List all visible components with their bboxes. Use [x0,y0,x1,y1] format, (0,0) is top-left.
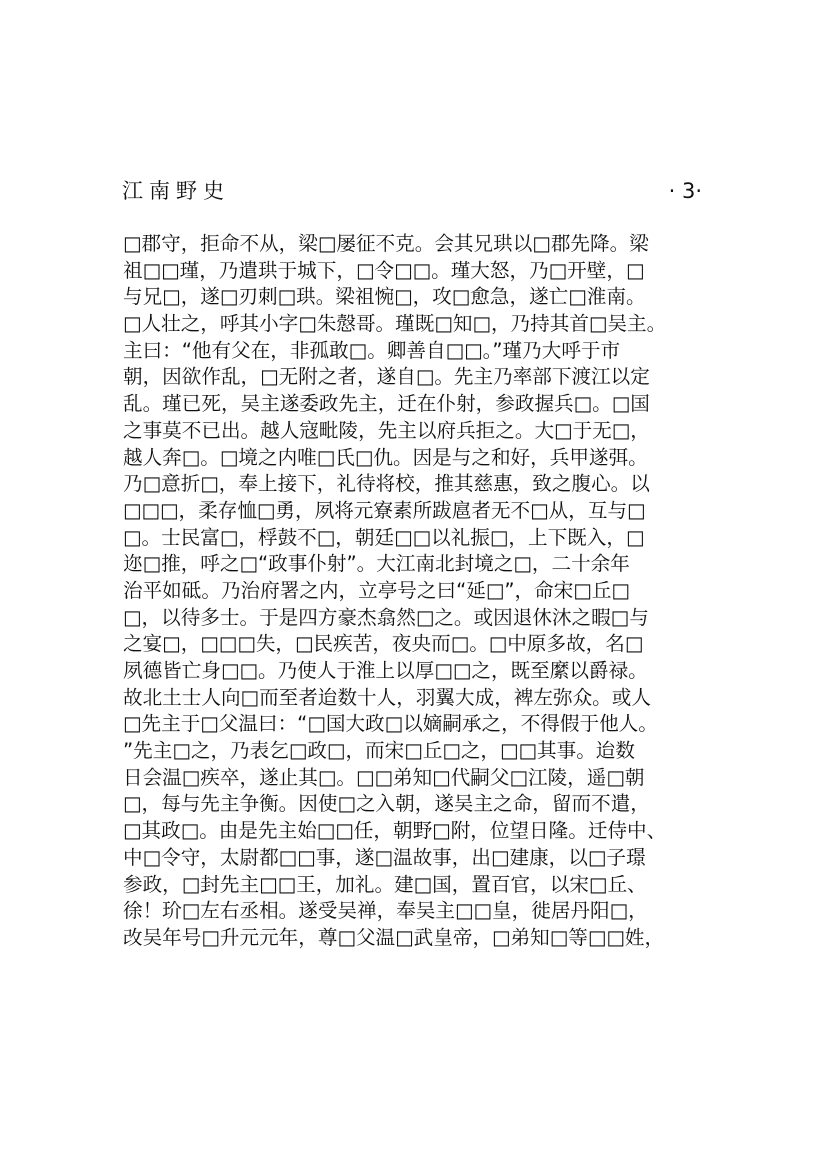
text-line: 乃□意折□，奉上接下，礼待将校，推其慈惠，致之腹心。以 [123,471,713,498]
text-line: □郡守，拒命不从，梁□屡征不克。会其兄珙以□郡先降。梁 [123,231,713,258]
text-line: 徐！玠□左右丞相。遂受吴禅，奉吴主□□皇，徙居丹阳□， [123,898,713,925]
text-line: 朝，因欲作乱，□无附之者，遂自□。先主乃率部下渡江以定 [123,364,713,391]
text-line: 与兄□，遂□刃刺□珙。梁祖惋□，攻□愈急，遂亡□淮南。 [123,284,713,311]
text-line: 乱。瑾已死，吴主遂委政先主，迁在仆射，参政握兵□。□国 [123,391,713,418]
book-title: 江南野史 [122,176,230,206]
body-text: □郡守，拒命不从，梁□屡征不克。会其兄珙以□郡先降。梁 祖□□瑾，乃遣珙于城下，… [123,231,713,952]
text-line: □，以待多士。于是四方豪杰翕然□之。或因退休沐之暇□与 [123,605,713,632]
text-line: 越人奔□。□境之内唯□氏□仇。因是与之和好，兵甲遂弭。 [123,445,713,472]
text-line: □人壮之，呼其小字□朱慤哥。瑾既□知□，乃持其首□吴主。 [123,311,713,338]
running-header: 江南野史 · 3· [122,176,702,206]
page-number: · 3· [669,176,702,206]
text-line: ”先主□之，乃表乞□政□，而宋□丘□之，□□其事。迨数 [123,738,713,765]
text-line: □其政□。由是先主始□□任，朝野□附，位望日隆。迁侍中、 [123,818,713,845]
text-line: 参政，□封先主□□王，加礼。建□国，置百官，以宋□丘、 [123,872,713,899]
text-line: 之宴□，□□□失，□民疾苦，夜央而□。□中原多故，名□ [123,631,713,658]
text-line: □□□，柔存恤□勇，夙将元寮素所跋扈者无不□从，互与□ [123,498,713,525]
text-line: 中□令守，太尉都□□事，遂□温故事，出□建康，以□子璟 [123,845,713,872]
text-line: 改吴年号□升元元年，尊□父温□武皇帝，□弟知□等□□姓， [123,925,713,952]
text-line: 夙德皆亡身□□。乃使人于淮上以厚□□之，既至縻以爵禄。 [123,658,713,685]
text-line: 故北土士人向□而至者迨数十人，羽翼大成，裨左弥众。或人 [123,685,713,712]
text-line: 之事莫不已出。越人寇毗陵，先主以府兵拒之。大□于无□， [123,418,713,445]
text-line: 治平如砥。乃治府署之内，立亭号之曰“延□”，命宋□丘□ [123,578,713,605]
text-line: 主曰：“他有父在，非孤敢□。卿善自□□。”瑾乃大呼于市 [123,338,713,365]
text-line: 祖□□瑾，乃遣珙于城下，□令□□。瑾大怒，乃□开壁，□ [123,258,713,285]
text-line: 日会温□疾卒，遂止其□。□□弟知□代嗣父□江陵，遥□朝 [123,765,713,792]
text-line: □先主于□父温曰：“□国大政□以嫡嗣承之，不得假于他人。 [123,711,713,738]
text-line: □。士民富□，桴鼓不□，朝廷□□以礼振□，上下既入，□ [123,525,713,552]
text-line: 迩□推，呼之□“政事仆射”。大江南北封境之□，二十余年 [123,551,713,578]
text-line: □，每与先主争衡。因使□之入朝，遂吴主之命，留而不遣， [123,791,713,818]
document-page: 江南野史 · 3· □郡守，拒命不从，梁□屡征不克。会其兄珙以□郡先降。梁 祖□… [0,0,822,1150]
